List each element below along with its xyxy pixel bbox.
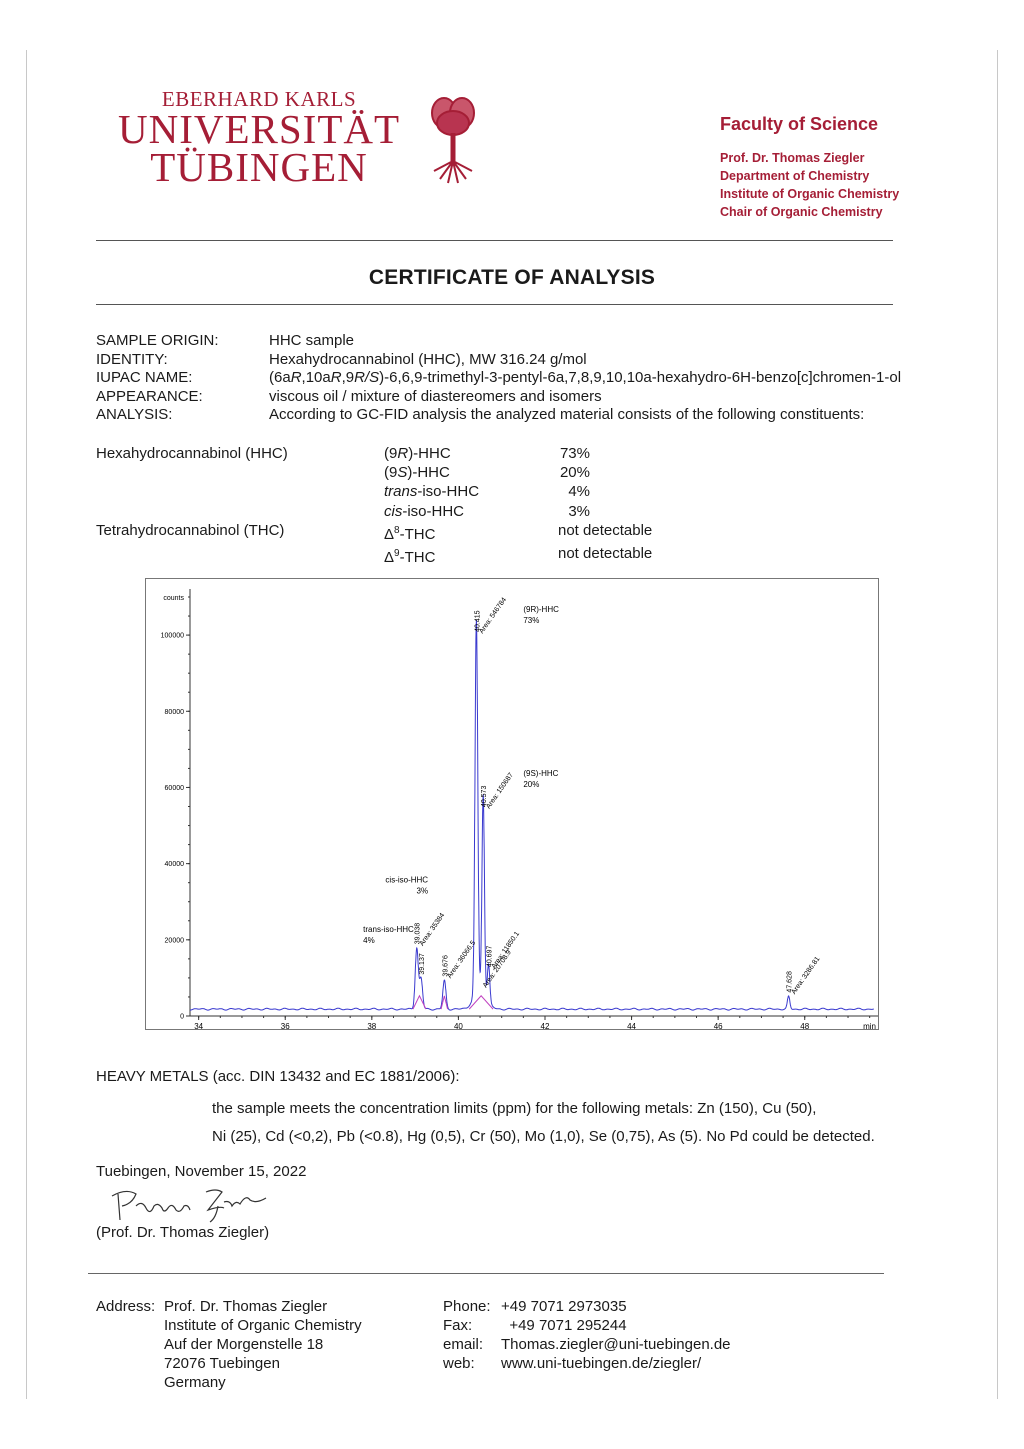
contact-fax: Fax: +49 7071 295244	[443, 1316, 731, 1335]
university-line-2: UNIVERSITÄT	[118, 110, 400, 148]
constituent-group: Hexahydrocannabinol (HHC)	[96, 444, 384, 463]
svg-text:counts: counts	[163, 595, 184, 602]
title-divider	[96, 304, 893, 305]
page-border-left	[26, 50, 27, 1399]
info-label: SAMPLE ORIGIN:	[96, 332, 269, 351]
info-value: viscous oil / mixture of diastereomers a…	[269, 388, 602, 407]
svg-text:Area: 3286.81: Area: 3286.81	[791, 956, 822, 996]
address-line: Auf der Morgenstelle 18	[164, 1335, 323, 1354]
svg-text:(9R)-HHC: (9R)-HHC	[523, 605, 559, 614]
constituent-value: 20%	[558, 463, 590, 482]
svg-text:73%: 73%	[523, 616, 539, 625]
contact-web: web:www.uni-tuebingen.de/ziegler/	[443, 1354, 731, 1373]
page-border-right	[997, 50, 998, 1399]
constituent-row: (9S)-HHC20%	[96, 463, 678, 482]
constituent-row: cis-iso-HHC3%	[96, 502, 678, 521]
constituent-name: (9S)-HHC	[384, 463, 558, 482]
faculty-block: Faculty of Science Prof. Dr. Thomas Zieg…	[720, 114, 899, 221]
svg-text:Area: 11850.1: Area: 11850.1	[490, 930, 521, 970]
svg-text:46: 46	[714, 1022, 723, 1029]
info-row-iupac: IUPAC NAME: (6aR,10aR,9R/S)-6,6,9-trimet…	[96, 369, 901, 388]
address-line: Germany	[164, 1373, 226, 1392]
info-row-appearance: APPEARANCE: viscous oil / mixture of dia…	[96, 388, 901, 407]
place-date: Tuebingen, November 15, 2022	[96, 1163, 306, 1180]
svg-text:3%: 3%	[417, 887, 429, 896]
svg-text:trans-iso-HHC: trans-iso-HHC	[363, 925, 414, 934]
university-line-3: TÜBINGEN	[118, 148, 400, 186]
svg-text:(9S)-HHC: (9S)-HHC	[523, 769, 558, 778]
footer-divider	[88, 1273, 884, 1274]
university-logo-text: EBERHARD KARLS UNIVERSITÄT TÜBINGEN	[118, 88, 400, 186]
constituent-name: trans-iso-HHC	[384, 482, 558, 501]
web-link[interactable]: www.uni-tuebingen.de/ziegler/	[501, 1354, 701, 1373]
svg-text:60000: 60000	[165, 785, 185, 792]
svg-text:Area: 546784: Area: 546784	[478, 596, 508, 635]
info-value: Hexahydrocannabinol (HHC), MW 316.24 g/m…	[269, 351, 587, 370]
info-row-analysis: ANALYSIS: According to GC-FID analysis t…	[96, 406, 901, 425]
email-link[interactable]: Thomas.ziegler@uni-tuebingen.de	[501, 1335, 731, 1354]
svg-text:100000: 100000	[161, 633, 184, 640]
faculty-title: Faculty of Science	[720, 114, 899, 135]
info-value: According to GC-FID analysis the analyze…	[269, 406, 864, 425]
svg-text:4%: 4%	[363, 936, 375, 945]
address-label: Address:	[96, 1297, 164, 1316]
faculty-line: Prof. Dr. Thomas Ziegler	[720, 149, 899, 167]
iupac-name: (6aR,10aR,9R/S)-6,6,9-trimethyl-3-pentyl…	[269, 369, 901, 388]
constituent-value: 73%	[558, 444, 590, 463]
constituent-name: Δ9-THC	[384, 544, 558, 567]
signoff: Tuebingen, November 15, 2022 (Prof. Dr. …	[96, 1163, 306, 1241]
svg-text:Area: 150687: Area: 150687	[485, 772, 515, 811]
svg-text:cis-iso-HHC: cis-iso-HHC	[385, 876, 428, 885]
svg-text:36: 36	[281, 1022, 290, 1029]
constituent-group	[96, 482, 384, 501]
constituent-value: not detectable	[558, 544, 678, 567]
svg-text:min: min	[863, 1022, 876, 1029]
constituent-group	[96, 502, 384, 521]
info-value: HHC sample	[269, 332, 354, 351]
address-line: Institute of Organic Chemistry	[164, 1316, 362, 1335]
svg-text:44: 44	[627, 1022, 636, 1029]
constituent-group	[96, 463, 384, 482]
info-label: ANALYSIS:	[96, 406, 269, 425]
constituent-group	[96, 544, 384, 567]
contact-phone: Phone:+49 7071 2973035	[443, 1297, 731, 1316]
info-label: APPEARANCE:	[96, 388, 269, 407]
info-row-identity: IDENTITY: Hexahydrocannabinol (HHC), MW …	[96, 351, 901, 370]
constituent-row: trans-iso-HHC4%	[96, 482, 678, 501]
svg-text:39.137: 39.137	[419, 953, 426, 975]
svg-text:48: 48	[800, 1022, 809, 1029]
info-label: IUPAC NAME:	[96, 369, 269, 388]
svg-text:20%: 20%	[523, 780, 539, 789]
chromatogram-svg: counts0200004000060000800001000003436384…	[146, 579, 878, 1029]
info-row-origin: SAMPLE ORIGIN: HHC sample	[96, 332, 901, 351]
sample-info: SAMPLE ORIGIN: HHC sample IDENTITY: Hexa…	[96, 332, 901, 425]
contact-email: email:Thomas.ziegler@uni-tuebingen.de	[443, 1335, 731, 1354]
tree-icon	[428, 95, 478, 185]
constituent-name: Δ8-THC	[384, 521, 558, 544]
svg-text:Area: 35384: Area: 35384	[419, 912, 447, 947]
constituent-name: cis-iso-HHC	[384, 502, 558, 521]
constituent-value: 3%	[558, 502, 590, 521]
heavy-metals-title: HEAVY METALS (acc. DIN 13432 and EC 1881…	[96, 1068, 972, 1085]
constituent-row: Hexahydrocannabinol (HHC)(9R)-HHC73%	[96, 444, 678, 463]
header-divider	[96, 240, 893, 241]
address-line: Prof. Dr. Thomas Ziegler	[164, 1297, 327, 1316]
contact-block: Phone:+49 7071 2973035 Fax: +49 7071 295…	[443, 1297, 731, 1373]
constituent-row: Tetrahydrocannabinol (THC)Δ8-THCnot dete…	[96, 521, 678, 544]
constituents-table: Hexahydrocannabinol (HHC)(9R)-HHC73%(9S)…	[96, 444, 678, 567]
svg-text:40000: 40000	[165, 861, 185, 868]
constituent-row: Δ9-THCnot detectable	[96, 544, 678, 567]
svg-text:34: 34	[194, 1022, 203, 1029]
faculty-line: Chair of Organic Chemistry	[720, 203, 899, 221]
heavy-metals-text: the sample meets the concentration limit…	[212, 1095, 972, 1151]
svg-text:38: 38	[367, 1022, 376, 1029]
constituent-group: Tetrahydrocannabinol (THC)	[96, 521, 384, 544]
faculty-line: Institute of Organic Chemistry	[720, 185, 899, 203]
constituent-value: 4%	[558, 482, 590, 501]
address-block: Address:Prof. Dr. Thomas Ziegler Institu…	[96, 1297, 362, 1392]
svg-text:40: 40	[454, 1022, 463, 1029]
constituent-name: (9R)-HHC	[384, 444, 558, 463]
svg-text:20000: 20000	[165, 937, 185, 944]
constituent-value: not detectable	[558, 521, 678, 544]
address-line: 72076 Tuebingen	[164, 1354, 280, 1373]
heavy-metals-section: HEAVY METALS (acc. DIN 13432 and EC 1881…	[96, 1068, 972, 1151]
svg-text:80000: 80000	[165, 709, 185, 716]
info-label: IDENTITY:	[96, 351, 269, 370]
faculty-line: Department of Chemistry	[720, 167, 899, 185]
page-title: CERTIFICATE OF ANALYSIS	[0, 266, 1024, 290]
chromatogram-chart: counts0200004000060000800001000003436384…	[145, 578, 879, 1030]
svg-text:0: 0	[180, 1014, 184, 1021]
svg-text:42: 42	[541, 1022, 550, 1029]
signatory-name: (Prof. Dr. Thomas Ziegler)	[96, 1224, 306, 1241]
signature-icon	[106, 1182, 286, 1224]
